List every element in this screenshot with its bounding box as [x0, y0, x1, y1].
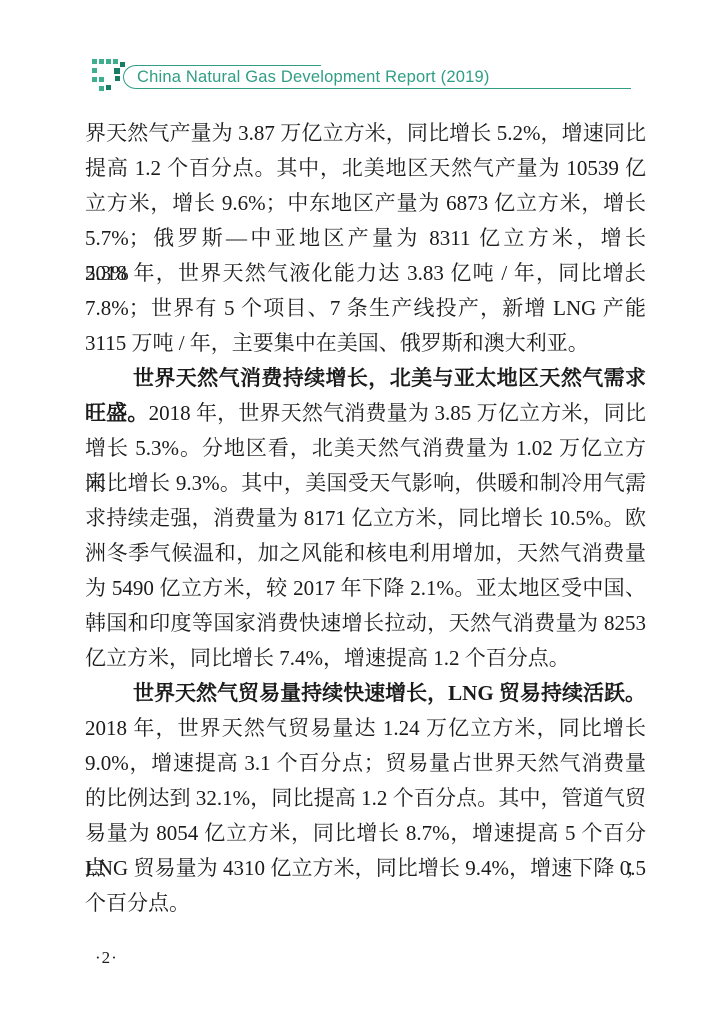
text-line: 洲冬季气候温和，加之风能和核电利用增加，天然气消费量: [85, 536, 646, 571]
text-line: 7.8%；世界有 5 个项目、7 条生产线投产，新增 LNG 产能: [85, 291, 646, 326]
text-line: 同比增长 9.3%。其中，美国受天气影响，供暖和制冷用气需: [85, 466, 646, 501]
report-title: China Natural Gas Development Report (20…: [137, 68, 490, 87]
text-line: 2018 年，世界天然气液化能力达 3.83 亿吨 / 年，同比增长: [85, 256, 646, 291]
text-line: 9.0%，增速提高 3.1 个百分点；贸易量占世界天然气消费量: [85, 746, 646, 781]
text-line: 世界天然气消费持续增长，北美与亚太地区天然气需求: [85, 361, 646, 396]
document-page: China Natural Gas Development Report (20…: [0, 0, 728, 1024]
text-line: 的比例达到 32.1%，同比提高 1.2 个百分点。其中，管道气贸: [85, 781, 646, 816]
body-text: 界天然气产量为 3.87 万亿立方米，同比增长 5.2%，增速同比提高 1.2 …: [85, 116, 646, 921]
text-line: 亿立方米，同比增长 7.4%，增速提高 1.2 个百分点。: [85, 641, 646, 676]
text-line: 旺盛。2018 年，世界天然气消费量为 3.85 万亿立方米，同比: [85, 396, 646, 431]
header-underline: [320, 88, 631, 89]
text-line: 为 5490 亿立方米，较 2017 年下降 2.1%。亚太地区受中国、: [85, 571, 646, 606]
text-line: 韩国和印度等国家消费快速增长拉动，天然气消费量为 8253: [85, 606, 646, 641]
text-line: 增长 5.3%。分地区看，北美天然气消费量为 1.02 万亿立方米，: [85, 431, 646, 466]
text-line: 世界天然气贸易量持续快速增长，LNG 贸易持续活跃。: [85, 676, 646, 711]
text-line: 3115 万吨 / 年，主要集中在美国、俄罗斯和澳大利亚。: [85, 326, 646, 361]
text-line: LNG 贸易量为 4310 亿立方米，同比增长 9.4%，增速下降 0.5: [85, 851, 646, 886]
text-line: 界天然气产量为 3.87 万亿立方米，同比增长 5.2%，增速同比: [85, 116, 646, 151]
text-line: 易量为 8054 亿立方米，同比增长 8.7%，增速提高 5 个百分点；: [85, 816, 646, 851]
text-line: 立方米，增长 9.6%；中东地区产量为 6873 亿立方米，增长: [85, 186, 646, 221]
text-line: 提高 1.2 个百分点。其中，北美地区天然气产量为 10539 亿: [85, 151, 646, 186]
text-line: 2018 年，世界天然气贸易量达 1.24 万亿立方米，同比增长: [85, 711, 646, 746]
text-line: 个百分点。: [85, 886, 646, 921]
text-line: 求持续走强，消费量为 8171 亿立方米，同比增长 10.5%。欧: [85, 501, 646, 536]
page-number: ·2·: [95, 948, 118, 968]
text-line: 5.7%；俄罗斯—中亚地区产量为 8311 亿立方米，增长 5.3%。: [85, 221, 646, 256]
dot-matrix-logo: [92, 59, 126, 93]
